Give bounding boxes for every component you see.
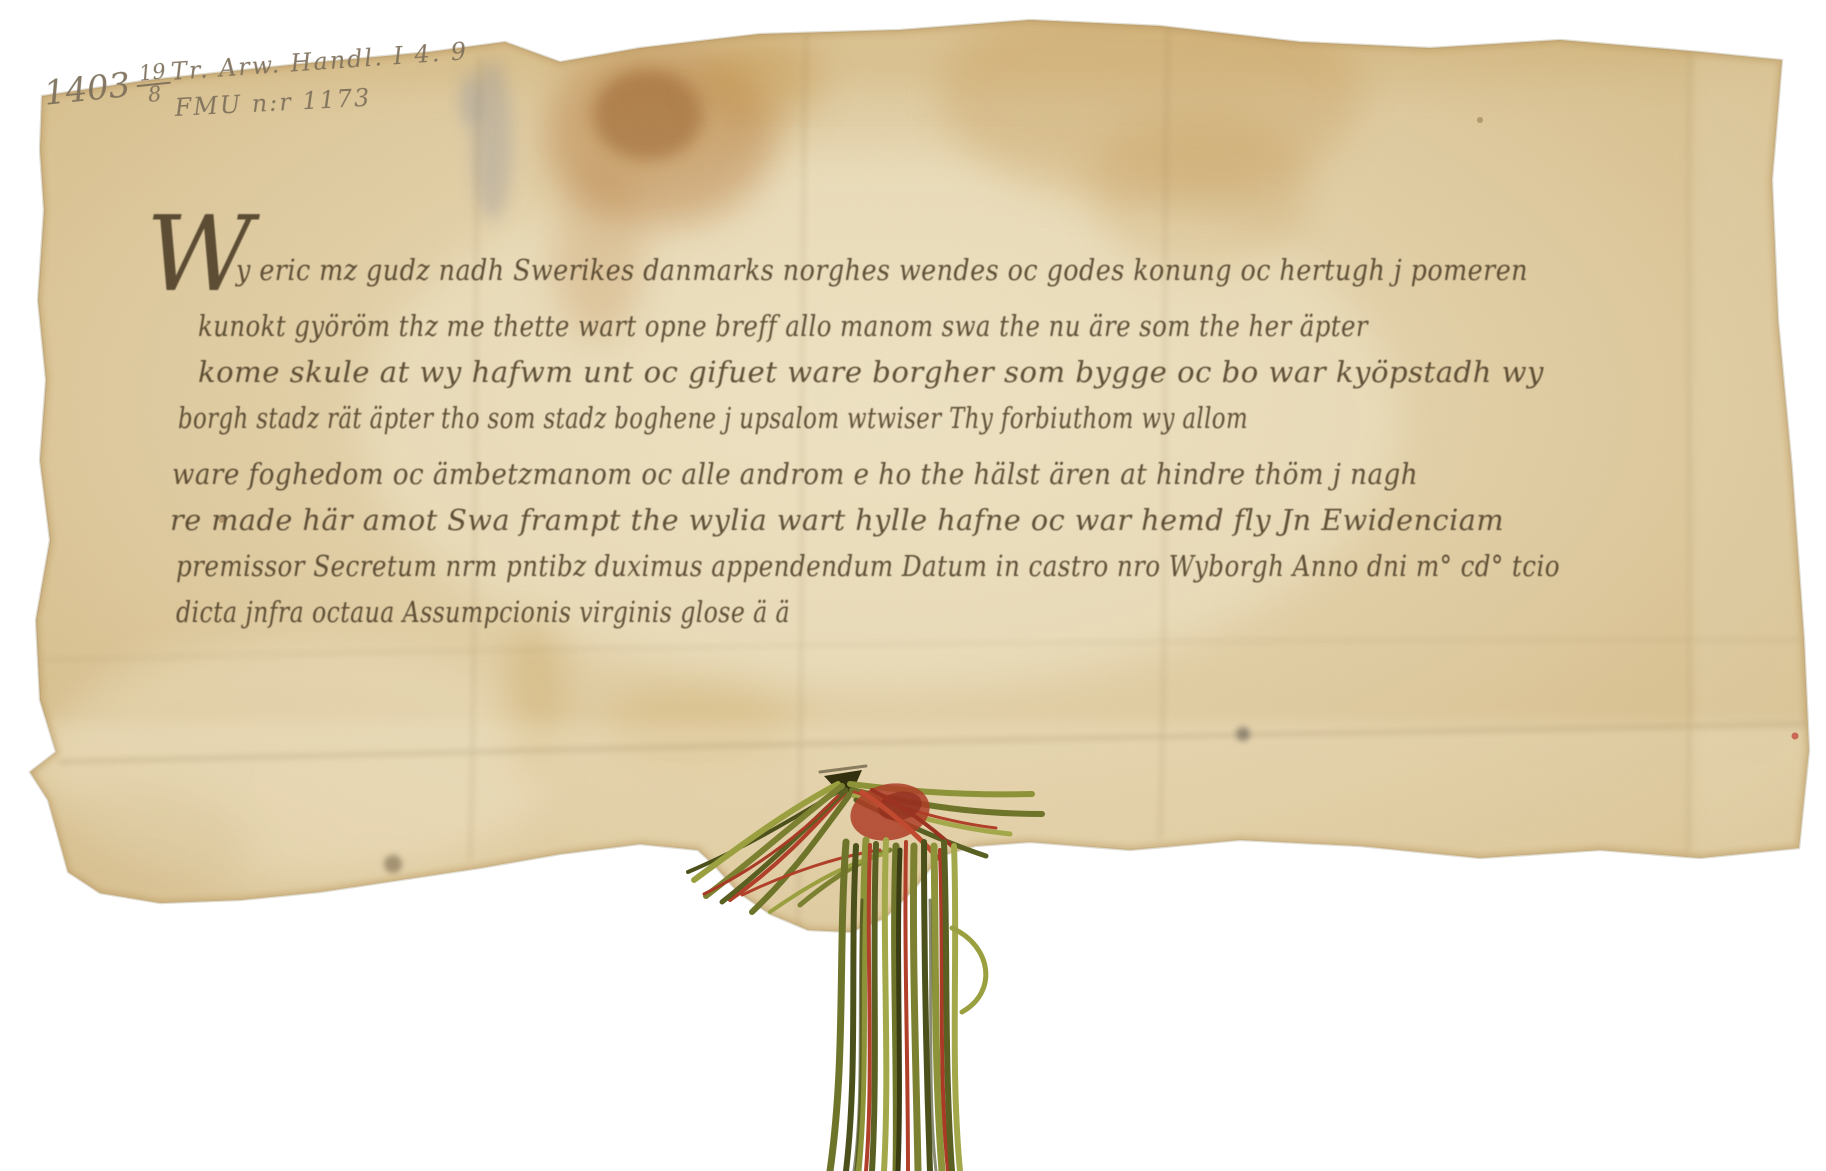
manuscript-line-2: kunokt györöm thz me thette wart opne br…	[198, 309, 1369, 343]
archive-date-fraction-denominator: 8	[136, 84, 173, 107]
manuscript-line-3: kome skule at wy hafwm unt oc gifuet war…	[198, 355, 1544, 389]
manuscript-line-7: premissor Secretum nrm pntibz duximus ap…	[176, 549, 1560, 583]
charter-photo: W y eric mz gudz nadh Swerikes danmarks …	[0, 0, 1826, 1171]
parchment-illustration: W y eric mz gudz nadh Swerikes danmarks …	[0, 0, 1826, 1171]
manuscript-line-4: borgh stadz rät äpter tho som stadz bogh…	[178, 401, 1248, 435]
archive-date-fraction: 198	[134, 62, 173, 107]
archive-date-year: 1403	[42, 65, 132, 114]
manuscript-line-6: re made här amot Swa frampt the wylia wa…	[170, 503, 1504, 537]
manuscript-line-5: ware foghedom oc ämbetzmanom oc alle and…	[172, 457, 1418, 491]
manuscript-line-1: y eric mz gudz nadh Swerikes danmarks no…	[234, 253, 1528, 287]
manuscript-line-8: dicta jnfra octaua Assumpcionis virginis…	[176, 595, 790, 629]
